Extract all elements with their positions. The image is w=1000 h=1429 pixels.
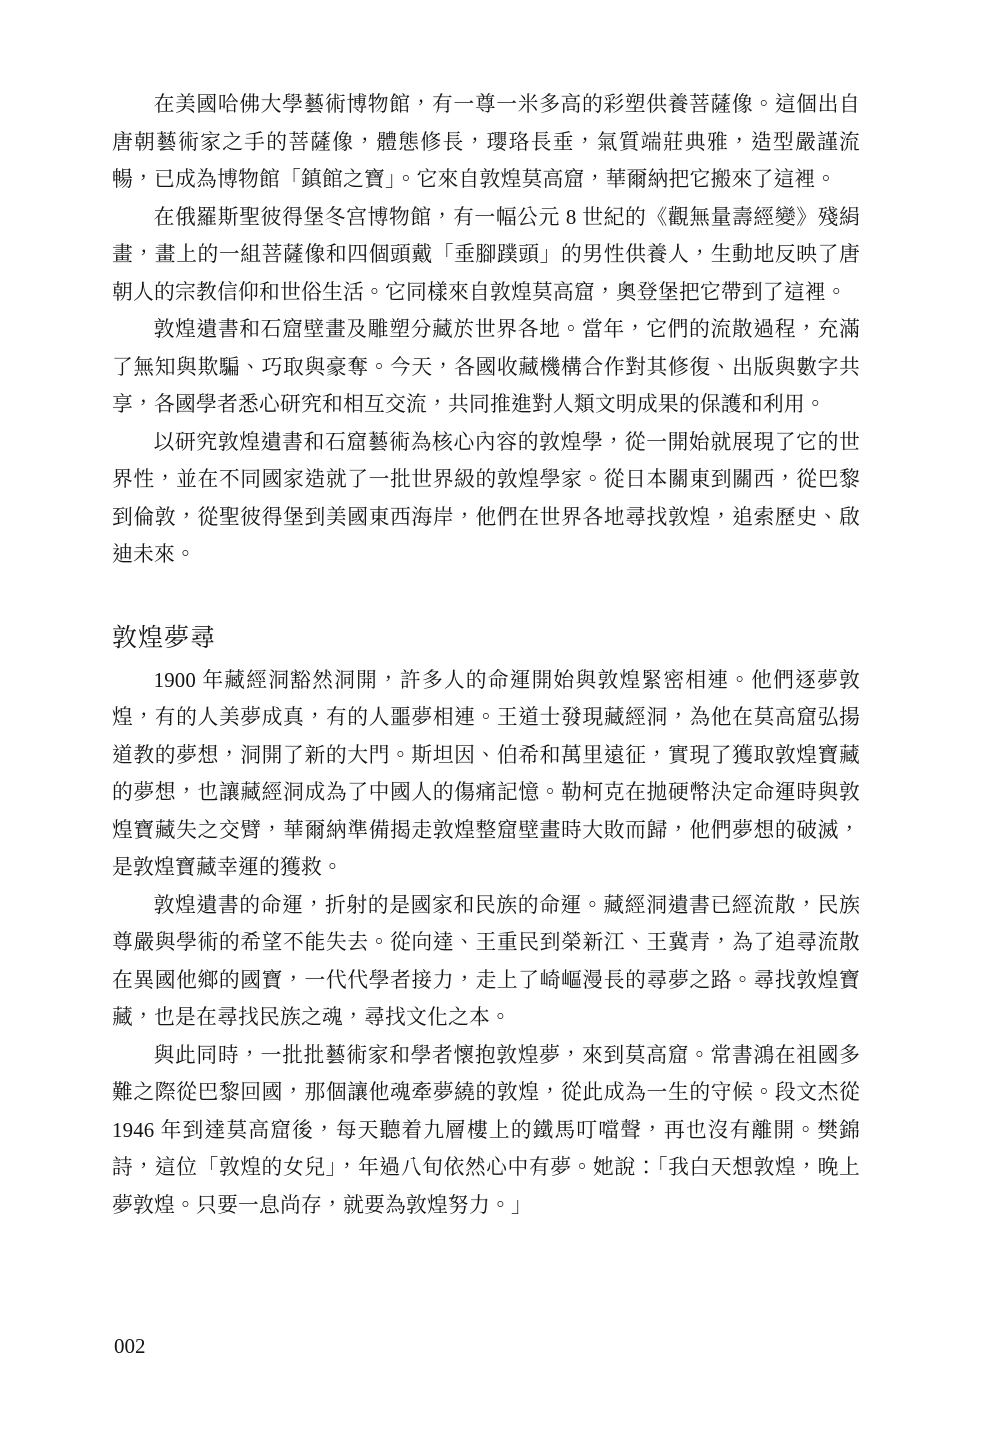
section-heading: 敦煌夢尋 xyxy=(112,622,860,656)
paragraph-harvard-bodhisattva: 在美國哈佛大學藝術博物館，有一尊一米多高的彩塑供養菩薩像。這個出自唐朝藝術家之手… xyxy=(112,86,860,199)
paragraph-hermitage-painting: 在俄羅斯聖彼得堡冬宫博物館，有一幅公元 8 世紀的《觀無量壽經變》殘絹畫，畫上的… xyxy=(112,199,860,312)
document-page: 在美國哈佛大學藝術博物館，有一尊一米多高的彩塑供養菩薩像。這個出自唐朝藝術家之手… xyxy=(0,0,1000,1429)
paragraph-dunhuangology: 以研究敦煌遺書和石窟藝術為核心內容的敦煌學，從一開始就展現了它的世界性，並在不同… xyxy=(112,424,860,574)
paragraph-cave-opening: 1900 年藏經洞豁然洞開，許多人的命運開始與敦煌緊密相連。他們逐夢敦煌，有的人… xyxy=(112,662,860,887)
page-number: 002 xyxy=(114,1334,146,1359)
paragraph-scholars-destiny: 敦煌遺書的命運，折射的是國家和民族的命運。藏經洞遺書已經流散，民族尊嚴與學術的希… xyxy=(112,887,860,1037)
text-column: 在美國哈佛大學藝術博物館，有一尊一米多高的彩塑供養菩薩像。這個出自唐朝藝術家之手… xyxy=(112,86,860,1224)
paragraph-dispersal: 敦煌遺書和石窟壁畫及雕塑分藏於世界各地。當年，它們的流散過程，充滿了無知與欺騙、… xyxy=(112,311,860,424)
paragraph-artists-dream: 與此同時，一批批藝術家和學者懷抱敦煌夢，來到莫高窟。常書鴻在祖國多難之際從巴黎回… xyxy=(112,1037,860,1225)
